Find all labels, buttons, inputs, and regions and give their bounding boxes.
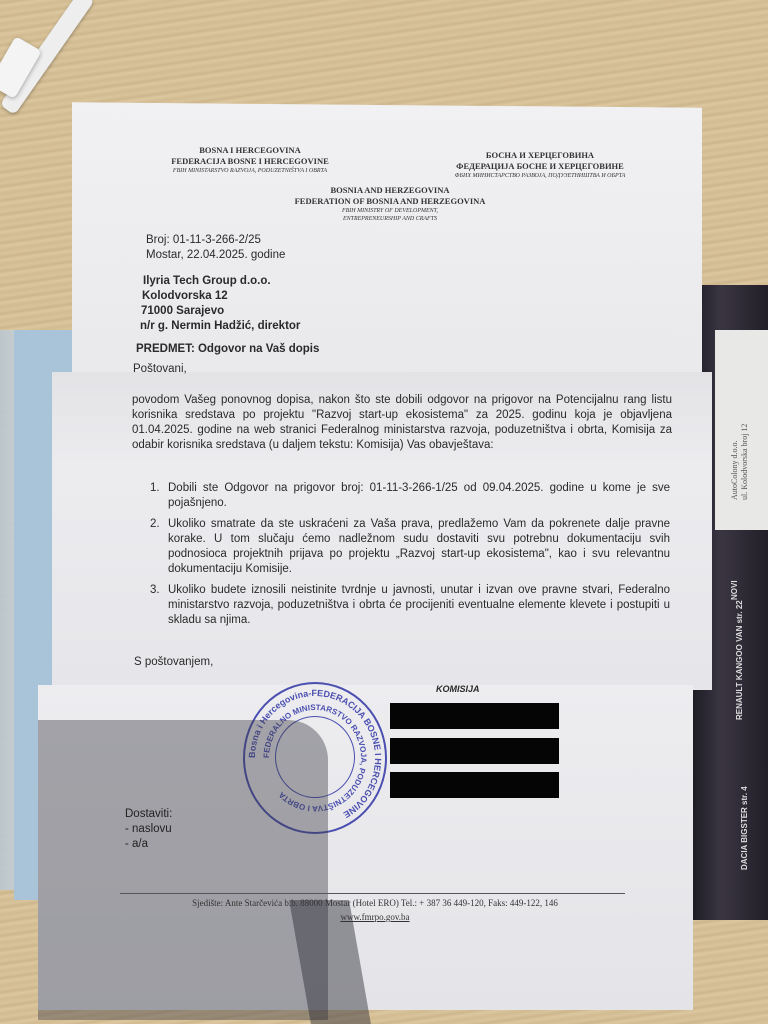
letterhead-center: BOSNIA AND HERZEGOVINA FEDERATION OF BOS… bbox=[285, 185, 495, 223]
address-card-text: AutoColony d.o.o. ul. Kolodvorska broj 1… bbox=[730, 424, 750, 500]
closing: S poštovanjem, bbox=[134, 656, 213, 668]
footer-website[interactable]: www.fmrpo.gov.ba bbox=[340, 912, 409, 922]
point-3: 3. Ukoliko budete iznosili neistinite tv… bbox=[150, 583, 670, 628]
intro-paragraph: povodom Vašeg ponovnog dopisa, nakon što… bbox=[132, 393, 672, 453]
hand-shadow bbox=[38, 720, 328, 1020]
letterhead-right: БОСНА И ХЕРЦЕГОВИНА ФЕДЕРАЦИЈА БОСНЕ И Х… bbox=[445, 150, 635, 180]
greeting: Poštovani, bbox=[133, 363, 187, 375]
place-date: Mostar, 22.04.2025. godine bbox=[146, 249, 285, 261]
recipient-street: Kolodvorska 12 bbox=[142, 290, 228, 302]
redaction-bar-3 bbox=[390, 772, 559, 798]
point-2: 2. Ukoliko smatrate da ste uskraćeni za … bbox=[150, 517, 670, 577]
point-1: 1. Dobili ste Odgovor na prigovor broj: … bbox=[150, 481, 670, 511]
recipient-city: 71000 Sarajevo bbox=[141, 305, 224, 317]
footer-address: Sjedište: Ante Starčevića b.b. 88000 Mos… bbox=[120, 898, 630, 908]
magazine-label-kangoo: RENAULT KANGOO VAN str. 22 bbox=[735, 600, 745, 720]
delivery-item: - naslovu bbox=[125, 823, 172, 835]
signature-label: KOMISIJA bbox=[436, 684, 480, 694]
delivery-item: - a/a bbox=[125, 838, 148, 850]
subject-line: PREDMET: Odgovor na Vaš dopis bbox=[136, 343, 319, 355]
magazine-label-bigster: DACIA BIGSTER str. 4 bbox=[740, 786, 750, 870]
footer-divider bbox=[120, 893, 625, 894]
redaction-bar-2 bbox=[390, 738, 559, 764]
magazine-label-new: NOVI bbox=[730, 580, 740, 600]
recipient-attention: n/r g. Nermin Hadžić, direktor bbox=[140, 320, 300, 332]
redaction-bar-1 bbox=[390, 703, 559, 729]
footer-website-wrap: www.fmrpo.gov.ba bbox=[120, 912, 630, 922]
reference-number: Broj: 01-11-3-266-2/25 bbox=[146, 234, 261, 246]
recipient-company: Ilyria Tech Group d.o.o. bbox=[143, 275, 271, 287]
letterhead-left: BOSNA I HERCEGOVINA FEDERACIJA BOSNE I H… bbox=[160, 145, 340, 175]
delivery-label: Dostaviti: bbox=[125, 808, 172, 820]
